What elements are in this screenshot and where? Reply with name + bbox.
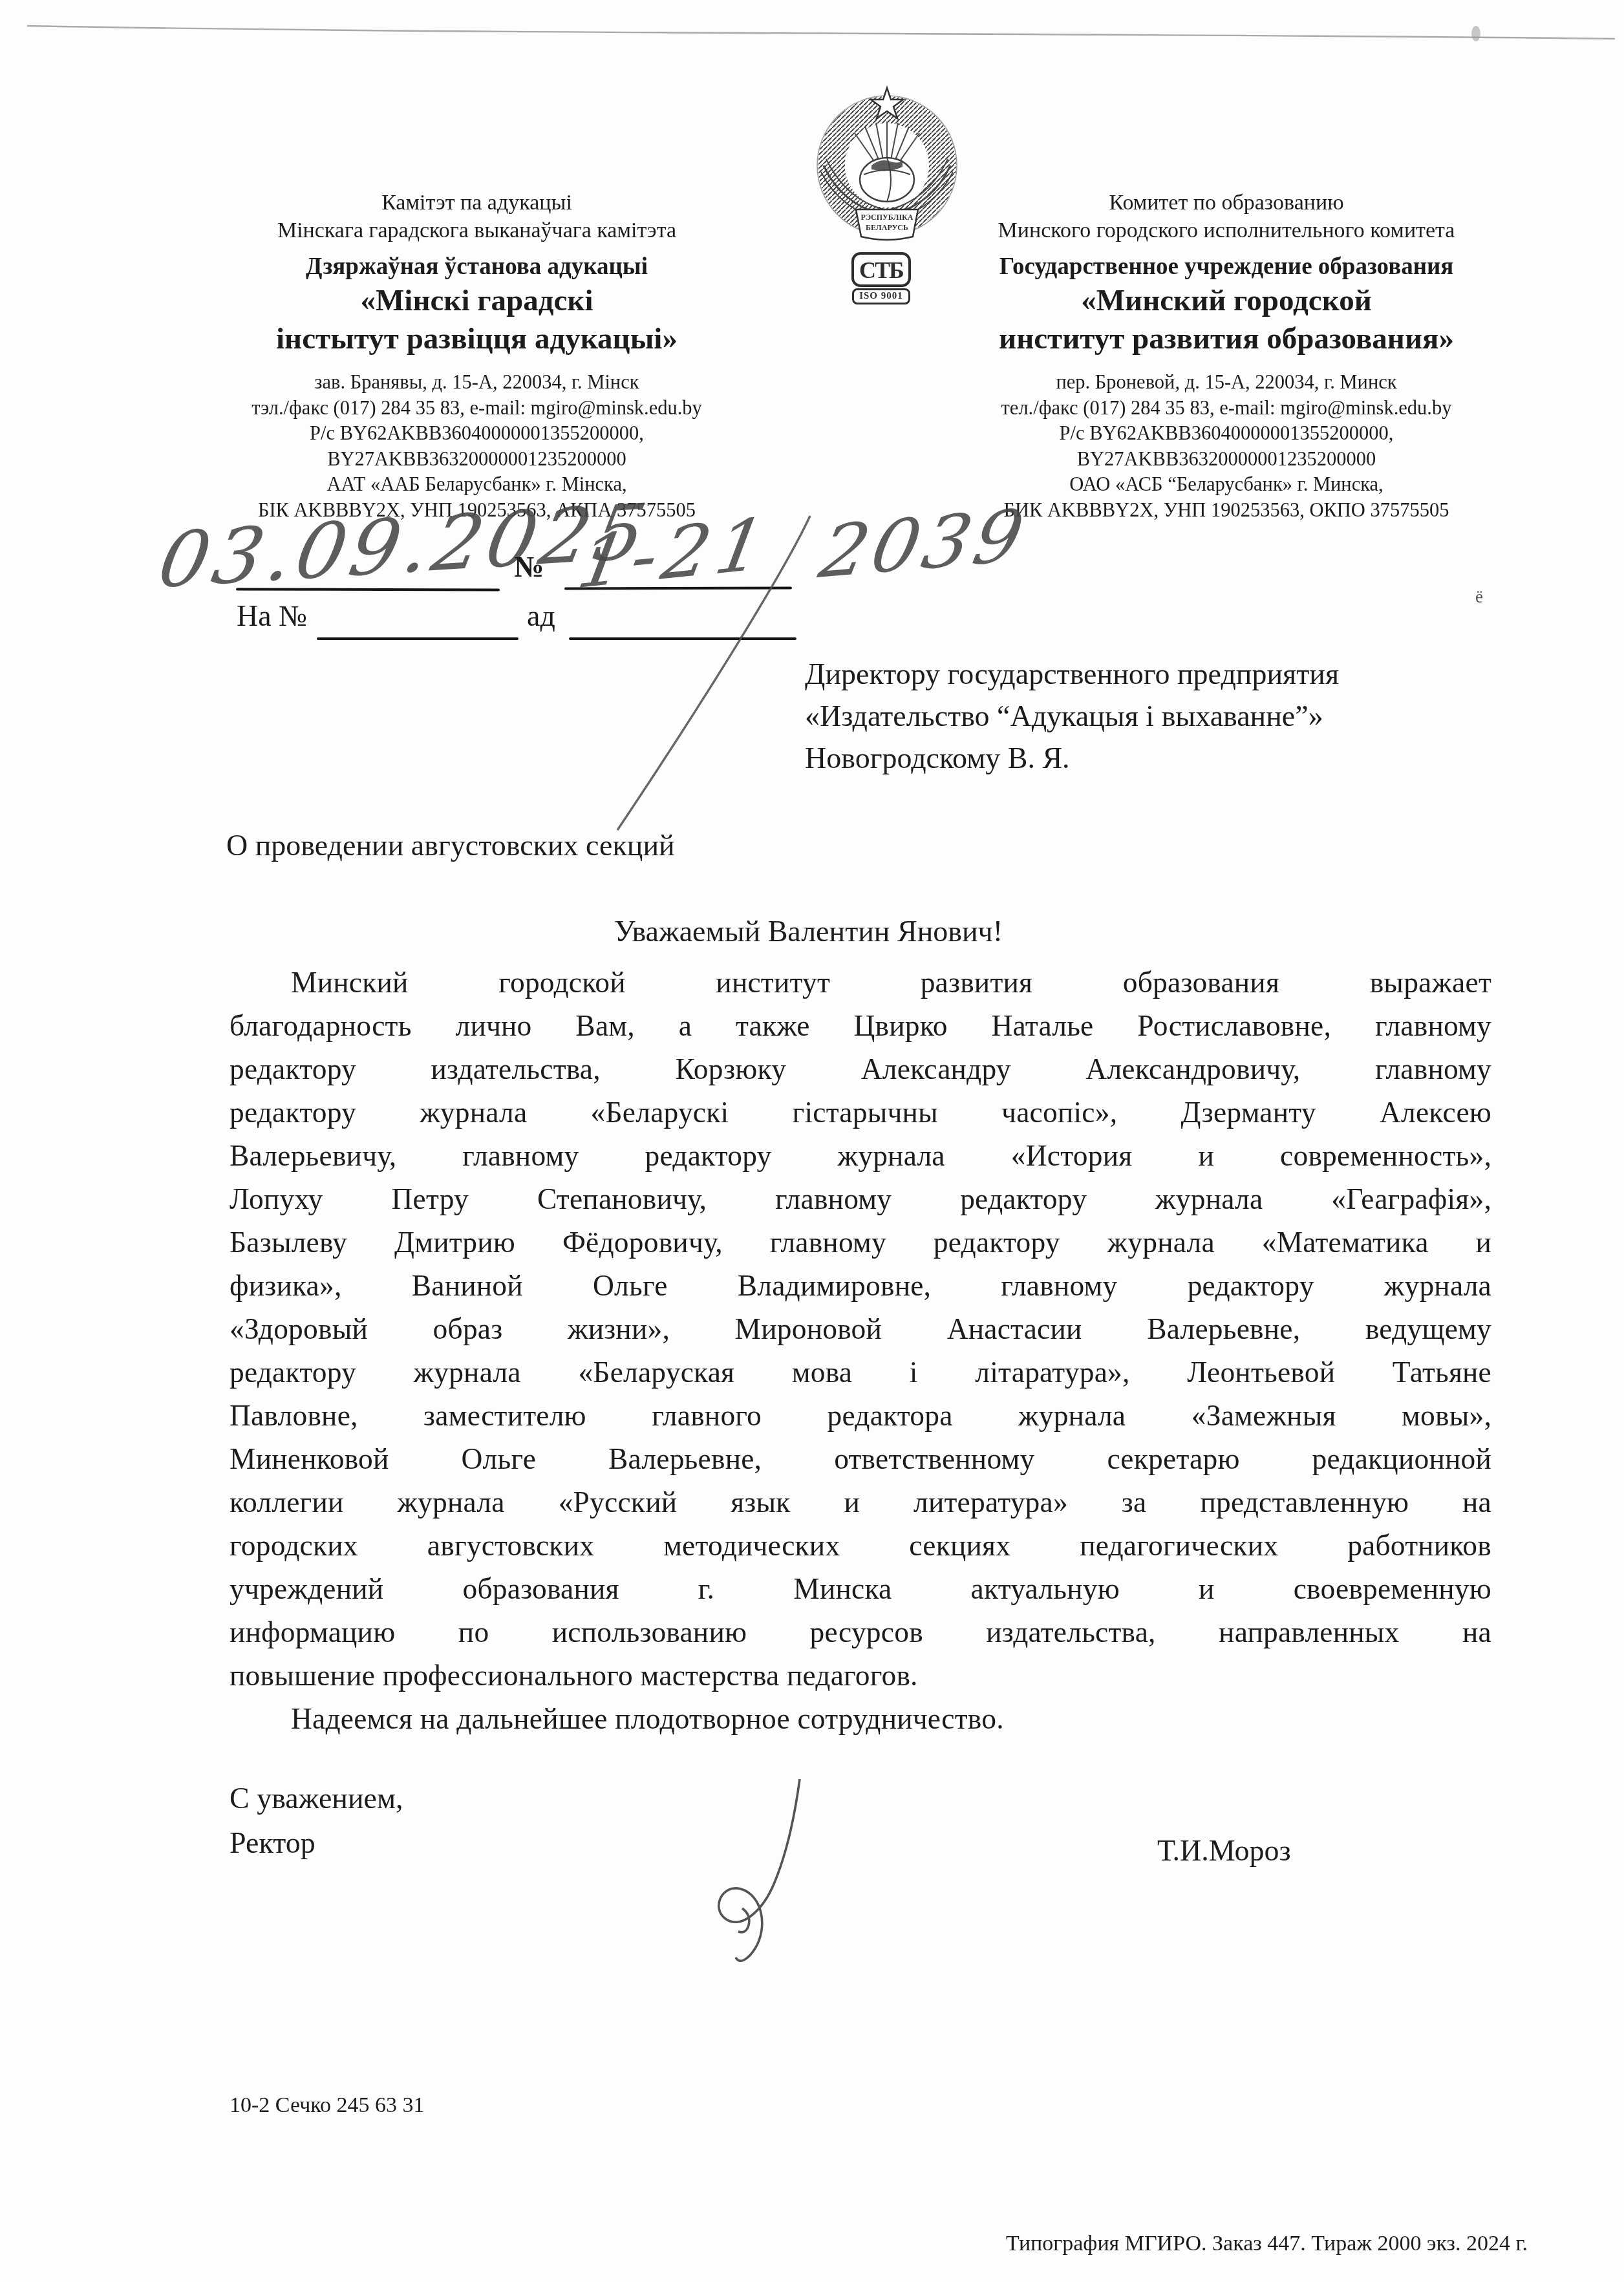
scan-line-artifact bbox=[27, 26, 1615, 39]
ribbon-text-line2: БЕЛАРУСЬ bbox=[866, 223, 908, 232]
reply-date-blank-rule bbox=[569, 637, 796, 640]
org-detail-line: тэл./факс (017) 284 35 83, e-mail: mgiro… bbox=[184, 396, 769, 421]
salutation-line: Уважаемый Валентин Янович! bbox=[614, 914, 1003, 948]
body-line: благодарность лично Вам, а также Цвирко … bbox=[230, 1004, 1491, 1047]
org-detail-line: зав. Бранявы, д. 15-А, 220034, г. Мінск bbox=[184, 370, 769, 396]
signature-stroke bbox=[719, 1779, 800, 1961]
reply-number-label: На № bbox=[237, 599, 307, 633]
body-line: коллегии журнала «Русский язык и литерат… bbox=[230, 1480, 1491, 1524]
scan-blob-artifact bbox=[1471, 26, 1480, 41]
body-line: Минский городской институт развития обра… bbox=[230, 961, 1491, 1004]
handwritten-outgoing-number-part2: 2039 bbox=[813, 494, 1034, 595]
org-name-line: институт развития образования» bbox=[900, 320, 1553, 358]
body-line: редактору журнала «Беларускі гістарычны … bbox=[230, 1091, 1491, 1134]
committee-line: Камітэт па адукацыі bbox=[184, 189, 769, 217]
committee-lines: Камітэт па адукацыіМінскага гарадскога в… bbox=[184, 189, 769, 244]
print-shop-note: Типография МГИРО. Заказ 447. Тираж 2000 … bbox=[1006, 2232, 1528, 2256]
org-detail-line: пер. Броневой, д. 15-А, 220034, г. Минск bbox=[900, 370, 1553, 396]
subject-line: О проведении августовских секций bbox=[226, 828, 675, 862]
body-line: редактору журнала «Беларуская мова і літ… bbox=[230, 1350, 1491, 1394]
body-line: учреждений образования г. Минска актуаль… bbox=[230, 1567, 1491, 1610]
ribbon-text-line1: РЭСПУБЛІКА bbox=[861, 213, 913, 222]
body-line: городских августовских методических секц… bbox=[230, 1524, 1491, 1567]
org-name-lines: «Мінскі гарадскіінстытут развіцця адукац… bbox=[184, 282, 769, 358]
addressee-line: Новогродскому В. Я. bbox=[805, 737, 1535, 779]
executor-note: 10-2 Сечко 245 63 31 bbox=[230, 2093, 425, 2118]
addressee-line: Директору государственного предприятия bbox=[805, 653, 1535, 695]
stray-scan-mark: ё bbox=[1475, 587, 1483, 607]
letterhead-belarusian-column: Камітэт па адукацыіМінскага гарадскога в… bbox=[184, 189, 769, 523]
body-line: повышение профессионального мастерства п… bbox=[230, 1654, 1491, 1697]
committee-line: Комитет по образованию bbox=[900, 189, 1553, 217]
number-sign-label: № bbox=[514, 549, 544, 584]
letter-body: Минский городской институт развития обра… bbox=[230, 961, 1491, 1740]
org-detail-line: ААТ «ААБ Беларусбанк» г. Мінска, bbox=[184, 472, 769, 498]
stb-iso-9001-badge: СТБ ISO 9001 bbox=[851, 252, 911, 304]
org-name-lines: «Минский городскойинститут развития обра… bbox=[900, 282, 1553, 358]
committee-lines: Комитет по образованиюМинского городског… bbox=[900, 189, 1553, 244]
body-line: «Здоровый образ жизни», Мироновой Анаста… bbox=[230, 1307, 1491, 1350]
signer-name: Т.И.Мороз bbox=[1157, 1833, 1291, 1868]
org-name-line: інстытут развіцця адукацыі» bbox=[184, 320, 769, 358]
reply-from-label: ад bbox=[527, 599, 555, 633]
body-line: информацию по использованию ресурсов изд… bbox=[230, 1610, 1491, 1654]
committee-line: Минского городского исполнительного коми… bbox=[900, 217, 1553, 244]
committee-line: Мінскага гарадскога выканаўчага камітэта bbox=[184, 217, 769, 244]
org-detail-line: Р/с BY62AKBB36040000001355200000, bbox=[900, 421, 1553, 447]
org-name-line: «Мінскі гарадскі bbox=[184, 282, 769, 320]
body-line: Павловне, заместителю главного редактора… bbox=[230, 1394, 1491, 1437]
org-type-line: Дзяржаўная ўстанова адукацыі bbox=[184, 252, 769, 282]
scanned-letter-page: { "document": { "header": { "left": { "c… bbox=[0, 0, 1624, 2282]
number-blank-rule bbox=[564, 586, 792, 590]
org-detail-line: ОАО «АСБ “Беларусбанк» г. Минска, bbox=[900, 472, 1553, 498]
body-line: физика», Ваниной Ольге Владимировне, гла… bbox=[230, 1264, 1491, 1307]
body-line: редактору издательства, Корзюку Александ… bbox=[230, 1047, 1491, 1091]
org-detail-line: Р/с BY62AKBB36040000001355200000, bbox=[184, 421, 769, 447]
org-name-line: «Минский городской bbox=[900, 282, 1553, 320]
addressee-block: Директору государственного предприятия«И… bbox=[805, 653, 1535, 779]
iso-9001-badge-text: ISO 9001 bbox=[852, 288, 910, 304]
body-line: Надеемся на дальнейшее плодотворное сотр… bbox=[230, 1697, 1491, 1740]
valediction-line: С уважением, bbox=[230, 1781, 403, 1815]
body-line: Миненковой Ольге Валерьевне, ответственн… bbox=[230, 1437, 1491, 1480]
reply-number-blank-rule bbox=[317, 637, 518, 640]
body-line: Валерьевичу, главному редактору журнала … bbox=[230, 1134, 1491, 1177]
body-line: Базылеву Дмитрию Фёдоровичу, главному ре… bbox=[230, 1221, 1491, 1264]
org-detail-line: BY27AKBB36320000001235200000 bbox=[184, 447, 769, 473]
org-detail-line: BY27AKBB36320000001235200000 bbox=[900, 447, 1553, 473]
org-detail-line: тел./факс (017) 284 35 83, e-mail: mgiro… bbox=[900, 396, 1553, 421]
addressee-line: «Издательство “Адукацыя і выхаванне”» bbox=[805, 695, 1535, 737]
stb-badge-text: СТБ bbox=[851, 252, 911, 287]
org-type-line: Государственное учреждение образования bbox=[900, 252, 1553, 282]
coat-of-arms-icon: РЭСПУБЛІКА БЕЛАРУСЬ bbox=[809, 83, 965, 244]
body-line: Лопуху Петру Степановичу, главному редак… bbox=[230, 1177, 1491, 1221]
letterhead-russian-column: Комитет по образованиюМинского городског… bbox=[900, 189, 1553, 523]
signer-position: Ректор bbox=[230, 1826, 315, 1860]
